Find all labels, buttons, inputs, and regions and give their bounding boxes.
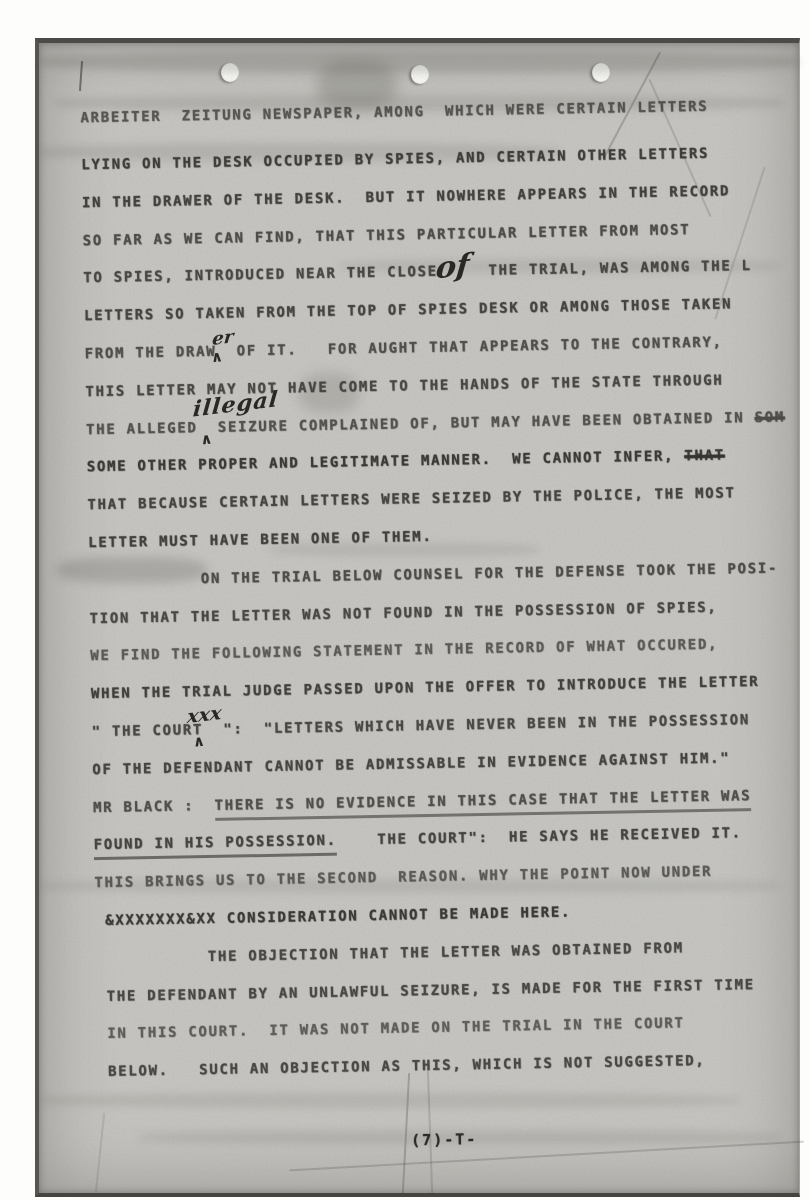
typed-text: of er ∧ illegal ∧ xxx ∧ (7)-T- ARBEITER … — [39, 29, 809, 1193]
typed-line: LETTER MUST HAVE BEEN ONE OF THEM. — [88, 529, 433, 551]
typed-line: IN THIS COURT. IT WAS NOT MADE ON THE TR… — [97, 1016, 685, 1043]
typed-line: MR BLACK : THERE IS NO EVIDENCE IN THIS … — [93, 788, 752, 816]
typed-line: WE FIND THE FOLLOWING STATEMENT IN THE R… — [90, 637, 718, 665]
document-page: of er ∧ illegal ∧ xxx ∧ (7)-T- ARBEITER … — [35, 38, 800, 1197]
typed-line: BELOW. SUCH AN OBJECTION AS THIS, WHICH … — [98, 1053, 706, 1080]
typed-line: THIS LETTER MAY NOT HAVE COME TO THE HAN… — [85, 372, 723, 400]
typed-line: FOUND IN HIS POSSESSION. THE COURT": HE … — [94, 826, 742, 854]
typed-line: TO SPIES, INTRODUCED NEAR THE CLOSE THE … — [83, 258, 752, 286]
typed-line: TION THAT THE LETTER WAS NOT FOUND IN TH… — [89, 599, 717, 627]
typed-line: WHEN THE TRIAL JUDGE PASSED UPON THE OFF… — [91, 674, 760, 702]
typed-line: THAT BECAUSE CERTAIN LETTERS WERE SEIZED… — [87, 485, 735, 513]
typed-line: FROM THE DRAW OF IT. FOR AUGHT THAT APPE… — [85, 335, 723, 363]
typed-line: &XXXXXXX&XX CONSIDERATION CANNOT BE MADE… — [95, 904, 571, 929]
typed-line: THIS BRINGS US TO THE SECOND REASON. WHY… — [94, 864, 712, 891]
typed-line: SOME OTHER PROPER AND LEGITIMATE MANNER.… — [87, 448, 725, 476]
typed-line: THE DEFENDANT BY AN UNLAWFUL SEIZURE, IS… — [96, 977, 755, 1005]
page-number: (7)-T- — [411, 1130, 478, 1149]
typed-line: LYING ON THE DESK OCCUPIED BY SPIES, AND… — [81, 146, 709, 174]
typed-line: IN THE DRAWER OF THE DESK. BUT IT NOWHER… — [82, 183, 730, 211]
typed-line: ON THE TRIAL BELOW COUNSEL FOR THE DEFEN… — [89, 560, 779, 589]
typed-line: THE OBJECTION THAT THE LETTER WAS OBTAIN… — [96, 940, 684, 967]
typed-line: SO FAR AS WE CAN FIND, THAT THIS PARTICU… — [82, 222, 690, 249]
scanned-document: of er ∧ illegal ∧ xxx ∧ (7)-T- ARBEITER … — [0, 0, 809, 1200]
typed-line: LETTERS SO TAKEN FROM THE TOP OF SPIES D… — [84, 297, 732, 325]
typed-line: OF THE DEFENDANT CANNOT BE ADMISSABLE IN… — [92, 750, 730, 778]
typed-line: THE ALLEGED SEIZURE COMPLAINED OF, BUT M… — [86, 409, 785, 438]
typed-line: ARBEITER ZEITUNG NEWSPAPER, AMONG WHICH … — [80, 99, 708, 127]
